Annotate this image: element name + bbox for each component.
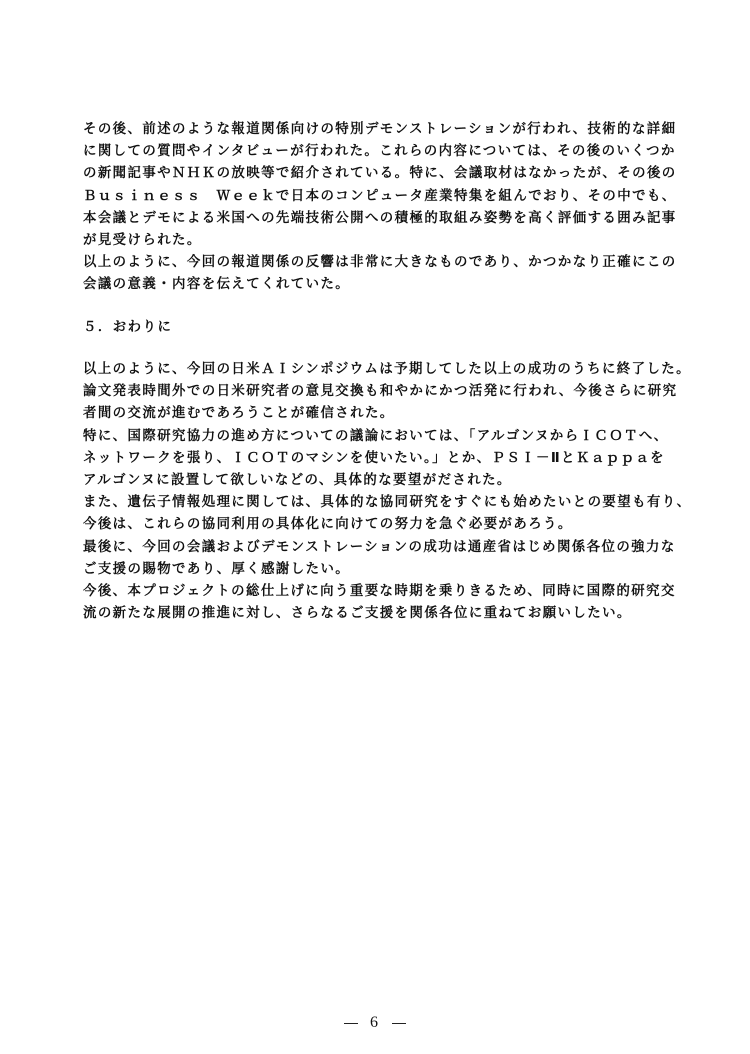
text-line: ご支援の賜物であり、厚く感謝したい。 <box>83 559 643 581</box>
text-line: 論文発表時間外での日米研究者の意見交換も和やかにかつ活発に行われ、今後さらに研究 <box>83 381 643 403</box>
page-number-value: 6 <box>370 1014 380 1031</box>
paragraph-press-coverage: その後、前述のような報道関係向けの特別デモンストレーションが行われ、技術的な詳細… <box>83 119 643 297</box>
text-line: が見受けられた。 <box>83 230 643 252</box>
text-line: 以上のように、今回の日米ＡＩシンポジウムは予期してした以上の成功のうちに終了した… <box>83 359 643 381</box>
text-line: その後、前述のような報道関係向けの特別デモンストレーションが行われ、技術的な詳細 <box>83 119 643 141</box>
text-line: Ｂｕｓｉｎｅｓｓ Ｗｅｅｋで日本のコンピュータ産業特集を組んでおり、その中でも、 <box>83 186 643 208</box>
paragraph-conclusion: 以上のように、今回の日米ＡＩシンポジウムは予期してした以上の成功のうちに終了した… <box>83 359 643 625</box>
text-line: 者間の交流が進むであろうことが確信された。 <box>83 403 643 425</box>
text-line: 最後に、今回の会議およびデモンストレーションの成功は通産省はじめ関係各位の強力な <box>83 537 643 559</box>
document-page: その後、前述のような報道関係向けの特別デモンストレーションが行われ、技術的な詳細… <box>0 0 750 1054</box>
text-line: 今後、本プロジェクトの総仕上げに向う重要な時期を乗りきるため、同時に国際的研究交 <box>83 581 643 603</box>
dash-left <box>344 1023 358 1025</box>
text-line: アルゴンヌに設置して欲しいなどの、具体的な要望がだされた。 <box>83 470 643 492</box>
text-line: 本会議とデモによる米国への先端技術公開への積極的取組み姿勢を高く評価する囲み記事 <box>83 208 643 230</box>
text-line: 特に、国際研究協力の進め方についての議論においては、「アルゴンヌからＩＣＯＴへ、 <box>83 426 643 448</box>
text-line: ネットワークを張り、ＩＣＯＴのマシンを使いたい。」とか、ＰＳＩ－ⅡとＫａｐｐａを <box>83 448 643 470</box>
text-line: 以上のように、今回の報道関係の反響は非常に大きなものであり、かつかなり正確にこの <box>83 252 643 274</box>
page-number: 6 <box>0 1014 750 1032</box>
text-line: 流の新たな展開の推進に対し、さらなるご支援を関係各位に重ねてお願いしたい。 <box>83 603 643 625</box>
text-line: 会議の意義・内容を伝えてくれていた。 <box>83 274 643 296</box>
section-heading: ５．おわりに <box>83 317 643 339</box>
dash-right <box>392 1023 406 1025</box>
text-line: また、遺伝子情報処理に関しては、具体的な協同研究をすぐにも始めたいとの要望も有り… <box>83 492 643 514</box>
text-line: 今後は、これらの協同利用の具体化に向けての努力を急ぐ必要があろう。 <box>83 514 643 536</box>
text-line: の新聞記事やＮＨＫの放映等で紹介されている。特に、会議取材はなかったが、その後の <box>83 163 643 185</box>
text-line: に関しての質問やインタビューが行われた。これらの内容については、その後のいくつか <box>83 141 643 163</box>
